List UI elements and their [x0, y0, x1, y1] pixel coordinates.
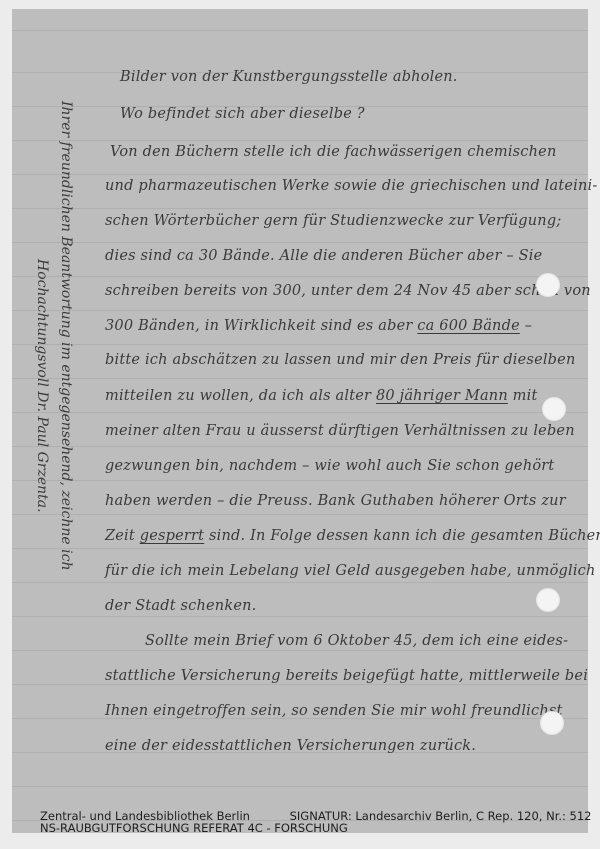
underlined-phrase: 80 jähriger Mann: [376, 388, 508, 404]
letter-line: mitteilen zu wollen, da ich als alter 80…: [105, 388, 538, 404]
letter-line: dies sind ca 30 Bände. Alle die anderen …: [105, 248, 542, 264]
archive-footer: Zentral- und Landesbibliothek Berlin SIG…: [40, 810, 592, 834]
underlined-phrase: gesperrt: [140, 528, 204, 544]
punch-hole: [536, 273, 560, 297]
letter-line: 300 Bänden, in Wirklichkeit sind es aber…: [105, 318, 532, 334]
letter-line: und pharmazeutischen Werke sowie die gri…: [105, 178, 597, 194]
underlined-phrase: ca 600 Bände: [417, 318, 520, 334]
letter-line: schreiben bereits von 300, unter dem 24 …: [105, 283, 591, 299]
letter-line: Ihnen eingetroffen sein, so senden Sie m…: [105, 703, 563, 719]
punch-hole: [536, 588, 560, 612]
letter-line: bitte ich abschätzen zu lassen und mir d…: [105, 352, 576, 368]
footer-department: NS-RAUBGUTFORSCHUNG REFERAT 4C - FORSCHU…: [40, 822, 592, 834]
letter-line: meiner alten Frau u äusserst dürftigen V…: [105, 423, 575, 439]
letter-line: stattliche Versicherung bereits beigefüg…: [105, 668, 588, 684]
letter-line: gezwungen bin, nachdem – wie wohl auch S…: [105, 458, 554, 474]
letter-line: Zeit gesperrt sind. In Folge dessen kann…: [105, 528, 600, 544]
letter-line: der Stadt schenken.: [105, 598, 256, 614]
letter-line: Von den Büchern stelle ich die fachwässe…: [110, 144, 557, 160]
letter-line: Wo befindet sich aber dieselbe ?: [120, 106, 365, 122]
letter-page: Bilder von der Kunstbergungsstelle abhol…: [12, 9, 588, 833]
letter-line: Sollte mein Brief vom 6 Oktober 45, dem …: [145, 633, 568, 649]
margin-signature: Hochachtungsvoll Dr. Paul Grzenta.: [34, 259, 50, 513]
letter-line: haben werden – die Preuss. Bank Guthaben…: [105, 493, 566, 509]
letter-line: schen Wörterbücher gern für Studienzweck…: [105, 213, 561, 229]
letter-line: Bilder von der Kunstbergungsstelle abhol…: [120, 69, 458, 85]
punch-hole: [540, 711, 564, 735]
letter-line: für die ich mein Lebelang viel Geld ausg…: [105, 563, 596, 579]
margin-closing-note: Ihrer freundlichen Beantwortung im entge…: [58, 101, 74, 571]
punch-hole: [542, 397, 566, 421]
letter-line: eine der eidesstattlichen Versicherungen…: [105, 738, 476, 754]
